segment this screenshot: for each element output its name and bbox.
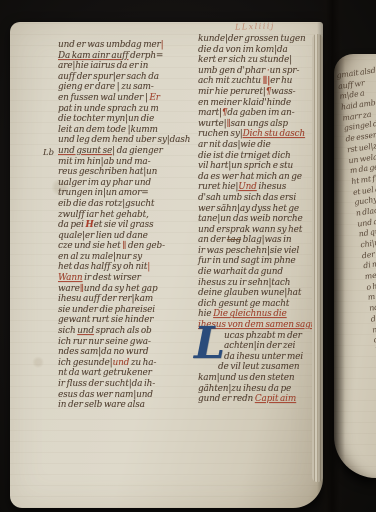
text-segment: ir was peschehn|sie viel: [198, 246, 299, 256]
text-segment: |: [147, 262, 150, 272]
manuscript-text-line: nt da wart getrukener: [58, 368, 204, 379]
text-segment: mit im hin|ab und ma-: [58, 157, 150, 167]
text-segment: auff der spur|er sach da: [58, 72, 159, 82]
text-segment: pat in unde sprach zu m: [58, 104, 159, 114]
text-segment: | da gienger: [112, 146, 163, 156]
text-segment: die warhait da gund: [198, 267, 283, 277]
text-segment: ihesus: [257, 182, 286, 192]
text-segment: en meiner klaid'hinde: [198, 98, 291, 108]
text-segment: da ihesu unter mei: [224, 352, 303, 362]
facing-page-text: gmait alsdauff wrm|de ahaid ambmarr zags…: [334, 61, 376, 443]
text-segment: sprach als ob: [94, 326, 152, 336]
text-segment: ware: [58, 284, 80, 294]
text-segment: d'sah umb sich das ersi: [198, 193, 296, 203]
text-segment: fur in und sagt im phne: [198, 256, 296, 266]
text-segment: da gaben im an-: [227, 108, 294, 118]
text-segment: und ersprak wann sy het: [198, 225, 302, 235]
text-segment: umb gen d'phar: [198, 66, 267, 76]
manuscript-text-line: trungen in|un amor=: [58, 188, 204, 199]
manuscript-text-line: cze und sie het ∥ den geb-: [58, 241, 204, 252]
text-segment: san ungs alsp: [230, 119, 287, 129]
text-segment: ualger im ay phar und: [58, 178, 151, 188]
manuscript-text-line: mit im hin|ab und ma-: [58, 157, 204, 168]
text-segment: vil hart|un sprich e stu: [198, 161, 293, 171]
text-segment: en al zu male|nur sy: [58, 252, 142, 262]
text-segment: |: [161, 40, 164, 50]
text-segment: gund er redn: [198, 394, 255, 404]
text-segment: eib die das rotz|gsucht: [58, 199, 154, 209]
manuscript-text-line: sie under die phareisei: [58, 305, 204, 316]
manuscript-text-line: und er was umbdag mer|: [58, 40, 204, 51]
text-column-1: und er was umbdag mer|Da kam ainr auff d…: [58, 40, 204, 411]
text-segment: zwulff iar het gehabt,: [58, 210, 149, 220]
text-segment: da pei: [58, 220, 85, 230]
manuscript-text-line: ware∥und da sy het gap: [58, 284, 204, 295]
text-segment: sie under die phareisei: [58, 305, 155, 315]
manuscript-text-line: sich und sprach als ob: [58, 326, 204, 337]
manuscript-text-line: are|hie iairus da er in: [58, 61, 204, 72]
text-segment: het das halff sy oh nit: [58, 262, 147, 272]
text-segment: tane|un das weib norche: [198, 214, 303, 224]
manuscript-text-line: ich gesunde|und zu ha-: [58, 358, 204, 369]
manuscript-text-line: gieng er dare | zu sam-: [58, 82, 204, 93]
text-segment: da es wer hat mich an ge: [198, 172, 302, 182]
text-segment: die da von im kom|da: [198, 45, 288, 55]
manuscript-text-line: ir fluss der sucht|da ih-: [58, 379, 204, 390]
text-segment: de vil leut zusamen: [218, 362, 299, 372]
text-segment: ihesu auff der rer|kam: [58, 294, 153, 304]
manuscript-text-line: in der selb ware alsa: [58, 400, 204, 411]
blue-drop-initial: L: [194, 322, 225, 366]
manuscript-text-line: leit an dem tode |kumm: [58, 125, 204, 136]
text-segment: gieng er dare | zu sam-: [58, 82, 154, 92]
text-segment: kunde|der grossen tugen: [198, 34, 306, 44]
text-segment: dich gesunt ge macht: [198, 299, 289, 309]
folio-number-header: LLxliiij: [235, 21, 275, 31]
manuscript-photo: LLxliiij Lb und er was umbdag mer|Da kam…: [0, 0, 376, 512]
text-segment: ruchen sy|: [198, 129, 243, 139]
manuscript-text-line: quale|er lien ud dane: [58, 231, 204, 242]
manuscript-text-line: pat in unde sprach zu m: [58, 104, 204, 115]
manuscript-text-line: esus das wer nam|und: [58, 390, 204, 401]
text-segment: Capit aim: [255, 394, 296, 404]
manuscript-text-line: ndes sam|da no wurd: [58, 347, 204, 358]
text-segment: Und: [238, 182, 256, 192]
text-segment: achten|in der zei: [224, 341, 295, 351]
text-segment: mart|: [198, 108, 222, 118]
text-segment: ndes sam|da no wurd: [58, 347, 148, 357]
text-segment: ir fluss der sucht|da ih-: [58, 379, 155, 389]
text-segment: ucas phzabt m der: [224, 331, 302, 341]
manuscript-text-line: und gsunt se| da gienger: [58, 146, 204, 157]
manuscript-text-line: Wann ir dest wirser: [58, 273, 204, 284]
text-segment: ihesus zu ir sehn|tach: [198, 278, 290, 288]
text-segment: kert er sich zu stunde|: [198, 55, 292, 65]
text-segment: deine glauben wune|hat: [198, 288, 301, 298]
text-segment: trungen in|un amor=: [58, 188, 149, 198]
text-segment: cze und sie het: [58, 241, 122, 251]
text-segment: er hu: [270, 76, 292, 86]
text-segment: et sie vil grass: [94, 220, 154, 230]
manuscript-text-line: Da kam ainr auff derph=: [58, 51, 204, 62]
text-segment: sich: [58, 326, 77, 336]
manuscript-text-line: en al zu male|nur sy: [58, 252, 204, 263]
text-segment: Wann: [58, 273, 82, 283]
manuscript-facing-page: gmait alsdauff wrm|de ahaid ambmarr zags…: [334, 54, 376, 478]
text-segment: en fussen wal under |: [58, 93, 148, 103]
text-segment: wass-: [271, 87, 295, 97]
text-segment: are|hie iairus da er in: [58, 61, 148, 71]
text-segment: ich gesunde|: [58, 358, 113, 368]
manuscript-text-line: het das halff sy oh nit|: [58, 262, 204, 273]
text-segment: wer sähn|ay dyss het ge: [198, 204, 299, 214]
text-segment: in der selb ware alsa: [58, 400, 145, 410]
text-segment: den geb-: [126, 241, 165, 251]
text-segment: an der: [198, 235, 227, 245]
text-segment: und leg dem hend uber sy|dash: [58, 135, 190, 145]
manuscript-text-line: eib die das rotz|gsucht: [58, 199, 204, 210]
text-segment: Da kam ainr auff: [58, 51, 128, 61]
text-segment: reus geschriben hat|un: [58, 167, 157, 177]
text-segment: blag|was in: [241, 235, 291, 245]
manuscript-text-line: ihesu auff der rer|kam: [58, 294, 204, 305]
fore-edge-leaves: [312, 34, 323, 482]
manuscript-text-line: gewant rurt sie hinder: [58, 315, 204, 326]
margin-annotation: Lb: [43, 148, 54, 158]
text-segment: derph=: [128, 51, 163, 61]
manuscript-text-line: und leg dem hend uber sy|dash: [58, 135, 204, 146]
text-segment: ruret hie|: [198, 182, 238, 192]
text-segment: die ist die trniget dich: [198, 151, 291, 161]
manuscript-left-page: LLxliiij Lb und er was umbdag mer|Da kam…: [10, 22, 323, 508]
text-segment: mir hie peruret|: [198, 87, 266, 97]
text-segment: und da sy het gap: [84, 284, 158, 294]
text-segment: wurte|: [198, 119, 227, 129]
text-segment: gewant rurt sie hinder: [58, 315, 153, 325]
manuscript-text-line: die tochter myn|un die: [58, 114, 204, 125]
text-segment: un spr-: [270, 66, 300, 76]
text-segment: leit an dem tode |kumm: [58, 125, 158, 135]
manuscript-text-line: reus geschriben hat|un: [58, 167, 204, 178]
text-segment: und: [113, 358, 130, 368]
text-segment: nt da wart getrukener: [58, 368, 152, 378]
text-segment: tag: [227, 235, 241, 245]
text-segment: Dich stu dasch: [243, 129, 305, 139]
text-segment: esus das wer nam|und: [58, 390, 153, 400]
text-segment: ar nit das|wie die: [198, 140, 271, 150]
manuscript-text-line: da pei Het sie vil grass: [58, 220, 204, 231]
text-segment: und gsunt se: [58, 146, 112, 156]
manuscript-text-line: auff der spur|er sach da: [58, 72, 204, 83]
text-segment: gähten|zu ihesu da pe: [198, 384, 291, 394]
text-segment: Er: [148, 93, 160, 103]
manuscript-text-line: ich rur nur seine gwa-: [58, 337, 204, 348]
manuscript-text-line: en fussen wal under | Er: [58, 93, 204, 104]
text-segment: zu ha-: [129, 358, 156, 368]
text-segment: ach mit zuchtu: [198, 76, 263, 86]
text-segment: und er was umbdag mer: [58, 40, 161, 50]
text-segment: quale|er lien ud dane: [58, 231, 148, 241]
text-segment: und: [77, 326, 94, 336]
text-segment: ir dest wirser: [82, 273, 140, 283]
manuscript-text-line: ualger im ay phar und: [58, 178, 204, 189]
text-segment: H: [85, 220, 93, 230]
text-segment: kam|und us den steten: [198, 373, 294, 383]
text-segment: die tochter myn|un die: [58, 114, 154, 124]
manuscript-text-line: zwulff iar het gehabt,: [58, 210, 204, 221]
text-segment: ich rur nur seine gwa-: [58, 337, 151, 347]
